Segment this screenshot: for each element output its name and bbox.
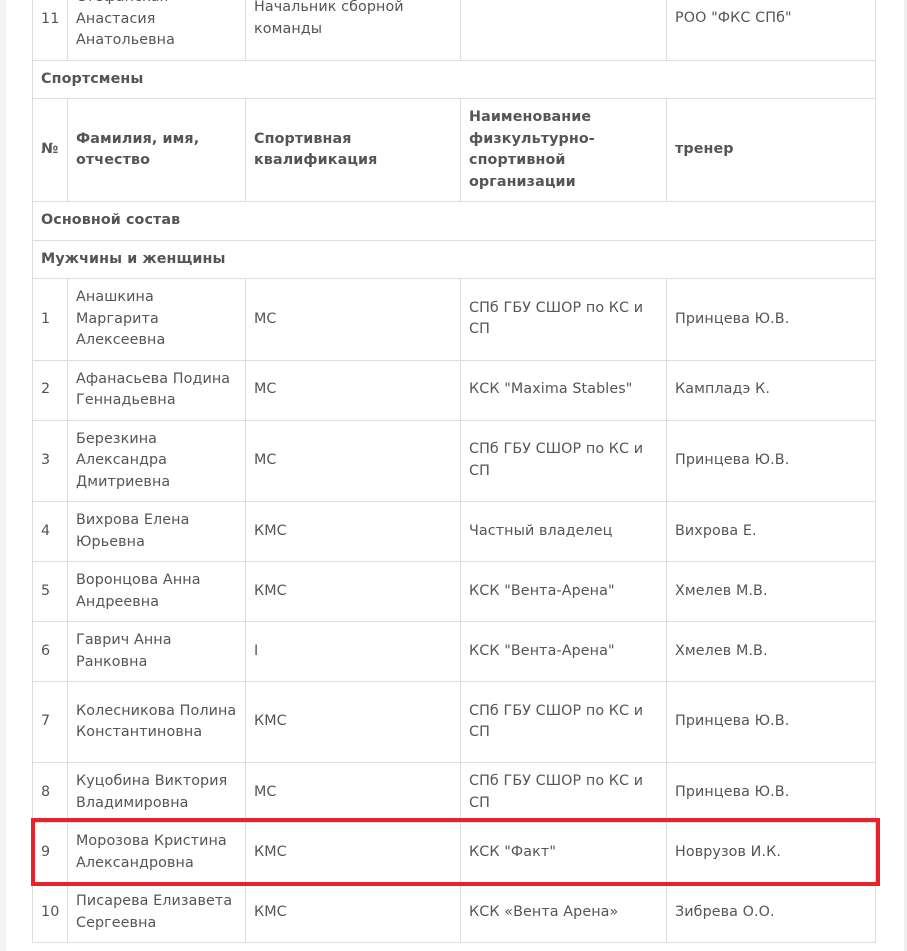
athlete-number: 3 <box>33 420 68 502</box>
athlete-number: 5 <box>33 562 68 622</box>
table-header-row: № Фамилия, имя, отчество Спортивная квал… <box>33 99 876 202</box>
athlete-organization: СПб ГБУ СШОР по КС и СП <box>461 682 667 763</box>
team-roster-table: 11 Стефанская Анастасия Анатольевна Нача… <box>32 0 876 943</box>
section-athletes-row: Спортсмены <box>33 60 876 99</box>
athlete-qualification: МС <box>246 279 461 361</box>
athlete-coach: Принцева Ю.В. <box>667 420 876 502</box>
table-row: 1Анашкина Маргарита АлексеевнаМССПб ГБУ … <box>33 279 876 361</box>
table-row: 4Вихрова Елена ЮрьевнаКМСЧастный владеле… <box>33 502 876 562</box>
table-row: 2Афанасьева Подина ГеннадьевнаМСКСК "Max… <box>33 360 876 420</box>
athlete-coach: Кампладэ К. <box>667 360 876 420</box>
athlete-organization: СПб ГБУ СШОР по КС и СП <box>461 279 667 361</box>
athlete-coach: Зибрева О.О. <box>667 883 876 943</box>
athlete-name: Писарева Елизавета Сергеевна <box>68 883 246 943</box>
athlete-organization: КСК "Maxima Stables" <box>461 360 667 420</box>
athlete-coach: Принцева Ю.В. <box>667 279 876 361</box>
table-row: 6Гаврич Анна РанковнаIКСК "Вента-Арена"Х… <box>33 622 876 682</box>
table-row: 3Березкина Александра ДмитриевнаМССПб ГБ… <box>33 420 876 502</box>
athlete-qualification: КМС <box>246 562 461 622</box>
athlete-qualification: МС <box>246 763 461 823</box>
staff-row-name: Стефанская Анастасия Анатольевна <box>68 0 246 60</box>
table-row: 8Куцобина Виктория ВладимировнаМССПб ГБУ… <box>33 763 876 823</box>
athlete-coach: Новрузов И.К. <box>667 823 876 883</box>
athlete-organization: Частный владелец <box>461 502 667 562</box>
athlete-name: Анашкина Маргарита Алексеевна <box>68 279 246 361</box>
athlete-name: Вихрова Елена Юрьевна <box>68 502 246 562</box>
table-row: 10Писарева Елизавета СергеевнаКМСКСК «Ве… <box>33 883 876 943</box>
athlete-name: Березкина Александра Дмитриевна <box>68 420 246 502</box>
staff-row: 11 Стефанская Анастасия Анатольевна Нача… <box>33 0 876 60</box>
athlete-coach: Хмелев М.В. <box>667 562 876 622</box>
athlete-qualification: КМС <box>246 682 461 763</box>
athlete-coach: Хмелев М.В. <box>667 622 876 682</box>
section-men-women-heading: Мужчины и женщины <box>33 240 876 279</box>
athlete-organization: КСК «Вента Арена» <box>461 883 667 943</box>
staff-row-empty-cell <box>461 0 667 60</box>
header-name: Фамилия, имя, отчество <box>68 99 246 202</box>
athlete-name: Афанасьева Подина Геннадьевна <box>68 360 246 420</box>
table-row: 5Воронцова Анна АндреевнаКМСКСК "Вента-А… <box>33 562 876 622</box>
athlete-number: 4 <box>33 502 68 562</box>
athlete-number: 10 <box>33 883 68 943</box>
section-main-squad-heading: Основной состав <box>33 202 876 241</box>
athlete-qualification: МС <box>246 360 461 420</box>
header-qualification: Спортивная квалификация <box>246 99 461 202</box>
athlete-organization: СПб ГБУ СШОР по КС и СП <box>461 420 667 502</box>
header-organization: Наименование физкультурно-спортивной орг… <box>461 99 667 202</box>
athlete-qualification: КМС <box>246 883 461 943</box>
athlete-number: 1 <box>33 279 68 361</box>
page-left-gutter <box>0 0 6 951</box>
athlete-organization: КСК "Факт" <box>461 823 667 883</box>
athlete-qualification: КМС <box>246 502 461 562</box>
athlete-coach: Вихрова Е. <box>667 502 876 562</box>
athlete-name: Воронцова Анна Андреевна <box>68 562 246 622</box>
athlete-coach: Принцева Ю.В. <box>667 763 876 823</box>
header-number: № <box>33 99 68 202</box>
athlete-organization: КСК "Вента-Арена" <box>461 622 667 682</box>
athlete-name: Колесникова Полина Константиновна <box>68 682 246 763</box>
section-main-squad-row: Основной состав <box>33 202 876 241</box>
athlete-name: Куцобина Виктория Владимировна <box>68 763 246 823</box>
staff-row-number: 11 <box>33 0 68 60</box>
athlete-qualification: МС <box>246 420 461 502</box>
athlete-name: Гаврич Анна Ранковна <box>68 622 246 682</box>
team-roster-table-container: 11 Стефанская Анастасия Анатольевна Нача… <box>32 0 875 943</box>
athlete-number: 6 <box>33 622 68 682</box>
staff-row-role: Начальник сборной команды <box>246 0 461 60</box>
athlete-organization: СПб ГБУ СШОР по КС и СП <box>461 763 667 823</box>
athlete-qualification: I <box>246 622 461 682</box>
table-row: 9Морозова Кристина АлександровнаКМСКСК "… <box>33 823 876 883</box>
header-coach: тренер <box>667 99 876 202</box>
athlete-number: 7 <box>33 682 68 763</box>
table-row: 7Колесникова Полина КонстантиновнаКМССПб… <box>33 682 876 763</box>
athlete-number: 8 <box>33 763 68 823</box>
section-athletes-heading: Спортсмены <box>33 60 876 99</box>
athlete-organization: КСК "Вента-Арена" <box>461 562 667 622</box>
staff-row-organization: РОО "ФКС СПб" <box>667 0 876 60</box>
athlete-coach: Принцева Ю.В. <box>667 682 876 763</box>
section-men-women-row: Мужчины и женщины <box>33 240 876 279</box>
athlete-number: 9 <box>33 823 68 883</box>
athlete-qualification: КМС <box>246 823 461 883</box>
athlete-number: 2 <box>33 360 68 420</box>
athlete-name: Морозова Кристина Александровна <box>68 823 246 883</box>
athlete-rows: 1Анашкина Маргарита АлексеевнаМССПб ГБУ … <box>33 279 876 943</box>
